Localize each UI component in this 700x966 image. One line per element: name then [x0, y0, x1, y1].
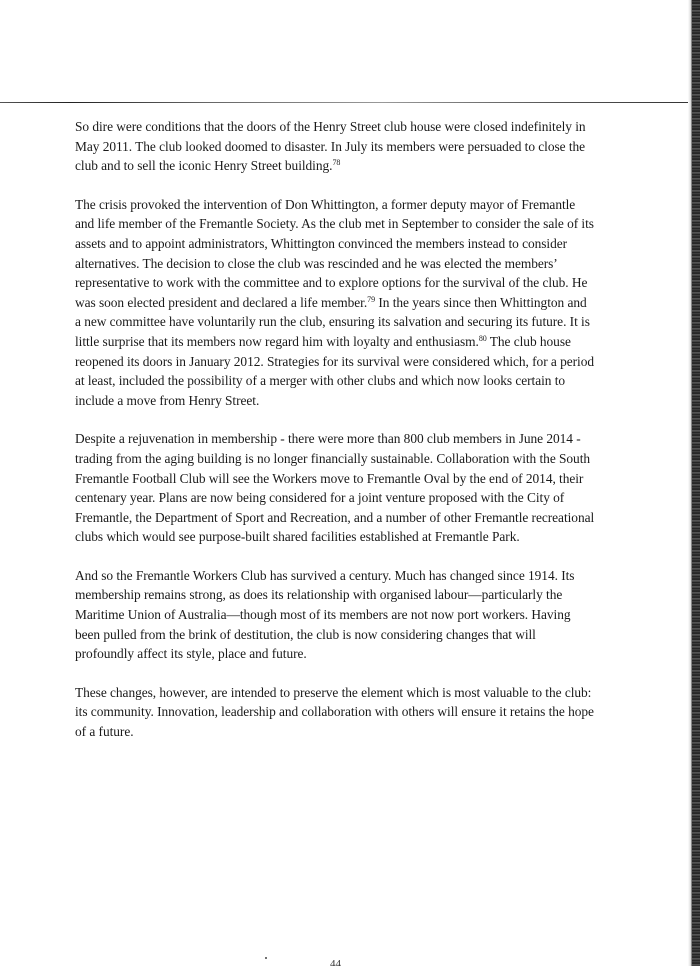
paragraph-relocation-plans: Despite a rejuvenation in membership - t…	[75, 429, 595, 547]
footnote-marker: 80	[479, 334, 487, 343]
page-number: 44	[330, 958, 341, 966]
page-body: So dire were conditions that the doors o…	[75, 117, 595, 761]
footnote-marker: 78	[332, 158, 340, 167]
paragraph-text: These changes, however, are intended to …	[75, 685, 594, 739]
paragraph-century-survival: And so the Fremantle Workers Club has su…	[75, 566, 595, 664]
paragraph-club-closure: So dire were conditions that the doors o…	[75, 117, 595, 176]
paragraph-community-future: These changes, however, are intended to …	[75, 683, 595, 742]
paragraph-text: The crisis provoked the intervention of …	[75, 197, 594, 310]
scan-speck	[265, 957, 267, 959]
footnote-marker: 79	[367, 295, 375, 304]
header-rule	[0, 102, 694, 103]
scan-binding-edge	[691, 0, 700, 966]
paragraph-whittington-intervention: The crisis provoked the intervention of …	[75, 195, 595, 411]
paragraph-text: So dire were conditions that the doors o…	[75, 119, 586, 173]
paragraph-text: Despite a rejuvenation in membership - t…	[75, 431, 594, 544]
paragraph-text: And so the Fremantle Workers Club has su…	[75, 568, 574, 661]
